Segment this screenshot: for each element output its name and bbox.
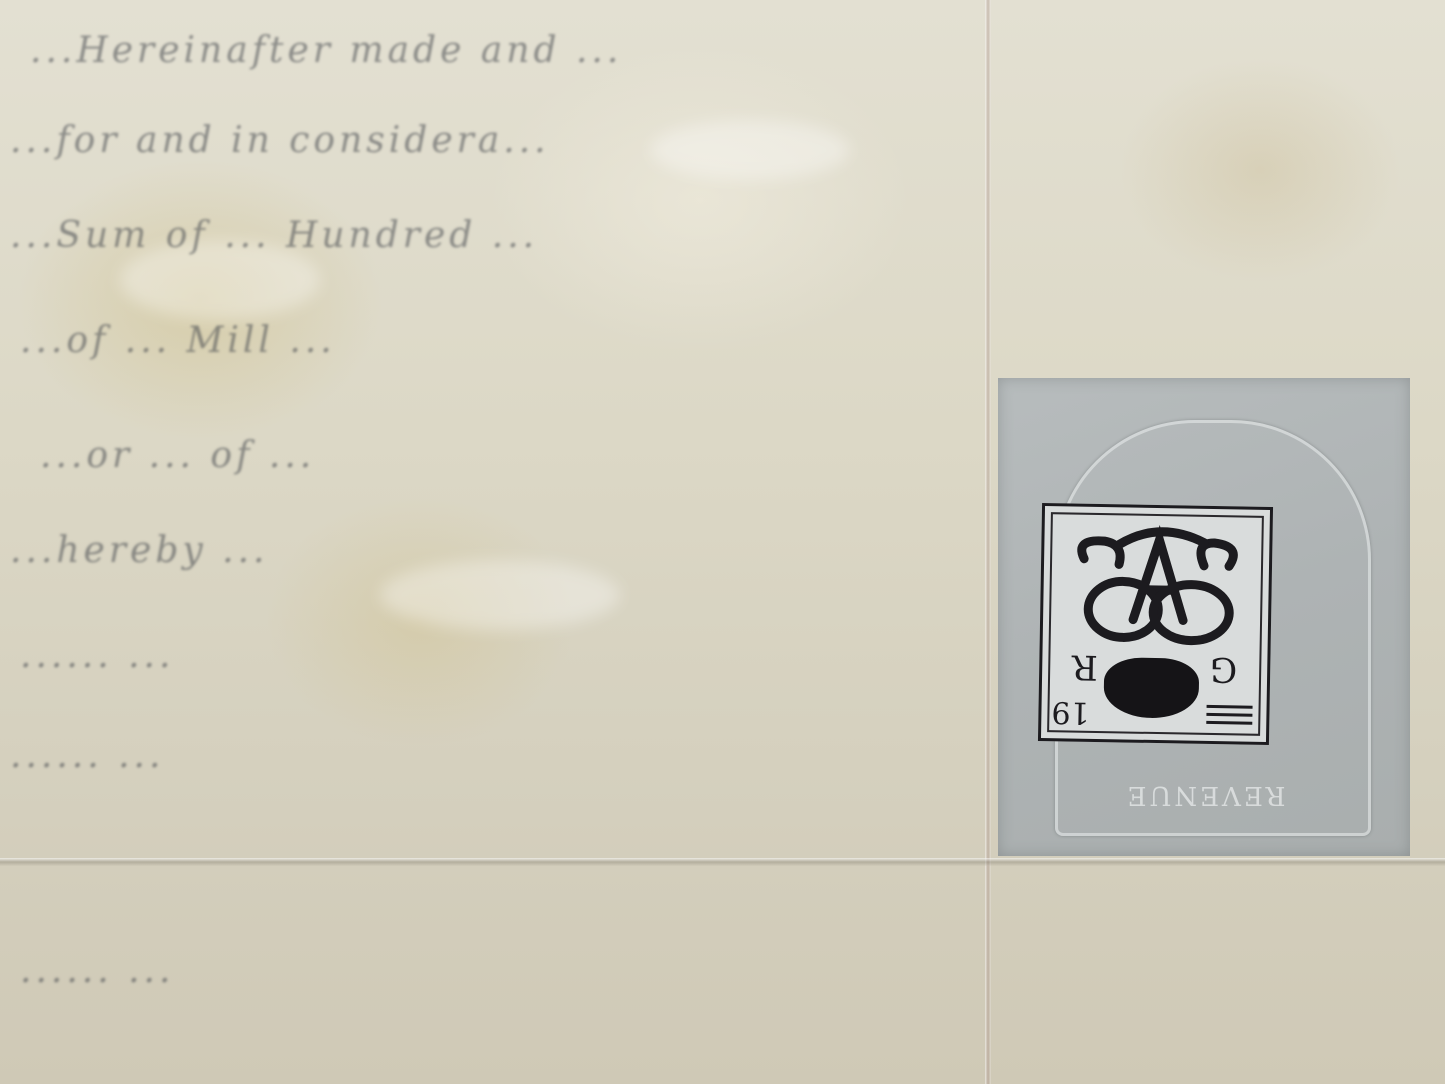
stamp-value: 19 [1051, 694, 1090, 730]
script-line: ...... ... [20, 950, 174, 991]
stamp-rule-lines [1206, 705, 1252, 730]
wrinkle [650, 120, 850, 180]
script-line: ...hereby ... [10, 530, 269, 571]
script-line: ...Sum of ... Hundred ... [10, 215, 538, 256]
wrinkle [380, 560, 620, 630]
script-line: ...... ... [20, 635, 174, 676]
stamp-letter-g: G [1210, 649, 1238, 689]
vertical-fold [985, 0, 991, 1084]
script-line: ...Hereinafter made and ... [30, 30, 622, 71]
horizontal-fold [0, 858, 1445, 866]
stamp-cypher-letters: G R [1072, 647, 1238, 690]
script-line: ...of ... Mill ... [20, 320, 336, 361]
script-line: ...... ... [10, 735, 164, 776]
embossed-seal-text: REVENUE [1085, 780, 1325, 810]
cypher-monogram-icon [1063, 518, 1250, 651]
revenue-stamp: G R 19 [1038, 503, 1273, 745]
stamp-letter-r: R [1072, 647, 1098, 687]
script-line: ...or ... of ... [40, 435, 315, 476]
script-line: ...for and in considera... [10, 120, 550, 161]
